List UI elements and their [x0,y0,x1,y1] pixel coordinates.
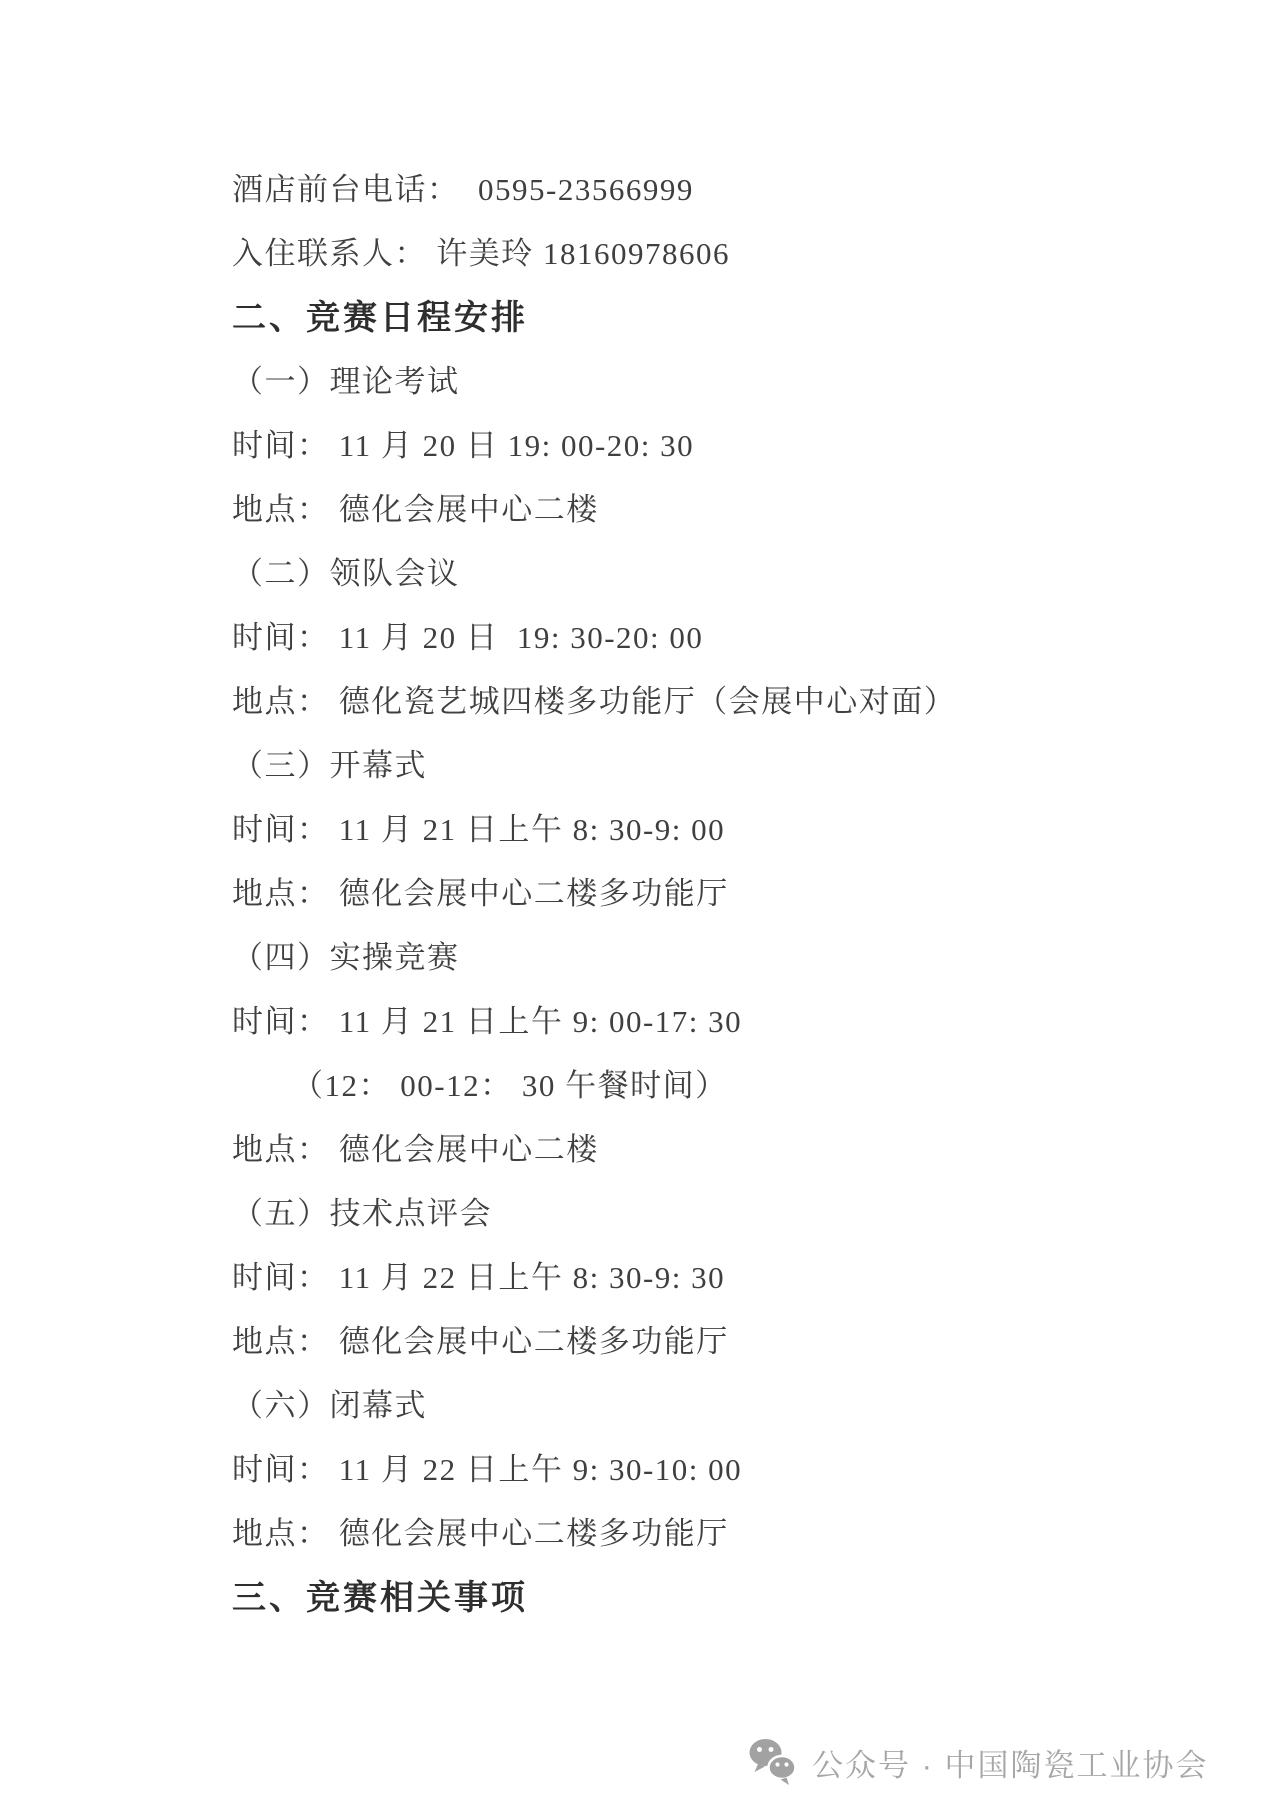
hotel-front-desk-phone-line: 酒店前台电话： 0595-23566999 [232,154,1220,218]
schedule-2-location: 地点： 德化瓷艺城四楼多功能厅（会展中心对面） [232,666,1220,730]
schedule-2-time: 时间： 11 月 20 日 19: 30-20: 00 [232,602,1220,666]
schedule-6-title: （六）闭幕式 [232,1370,1220,1434]
schedule-6-location: 地点： 德化会展中心二楼多功能厅 [232,1498,1220,1562]
footer-account-name: 公众号 · 中国陶瓷工业协会 [812,1740,1209,1785]
schedule-2-title: （二）领队会议 [232,538,1220,602]
document-page: 酒店前台电话： 0595-23566999入住联系人： 许美玲 18160978… [0,0,1280,1810]
wechat-icon [748,1737,798,1787]
section-2-heading: 二、竞赛日程安排 [232,282,1220,346]
schedule-5-title: （五）技术点评会 [232,1178,1220,1242]
schedule-1-title: （一）理论考试 [232,346,1220,410]
schedule-6-time: 时间： 11 月 22 日上午 9: 30-10: 00 [232,1434,1220,1498]
schedule-5-time: 时间： 11 月 22 日上午 8: 30-9: 30 [232,1242,1220,1306]
schedule-3-time: 时间： 11 月 21 日上午 8: 30-9: 00 [232,794,1220,858]
schedule-4-lunch-note: （12： 00-12： 30 午餐时间） [232,1050,1220,1114]
schedule-1-location: 地点： 德化会展中心二楼 [232,474,1220,538]
footer-watermark: 公众号 · 中国陶瓷工业协会 [748,1734,1209,1790]
section-3-heading: 三、竞赛相关事项 [232,1562,1220,1626]
schedule-1-time: 时间： 11 月 20 日 19: 00-20: 30 [232,410,1220,474]
schedule-5-location: 地点： 德化会展中心二楼多功能厅 [232,1306,1220,1370]
schedule-4-location: 地点： 德化会展中心二楼 [232,1114,1220,1178]
schedule-4-title: （四）实操竞赛 [232,922,1220,986]
checkin-contact-line: 入住联系人： 许美玲 18160978606 [232,218,1220,282]
schedule-4-time: 时间： 11 月 21 日上午 9: 00-17: 30 [232,986,1220,1050]
schedule-3-title: （三）开幕式 [232,730,1220,794]
schedule-3-location: 地点： 德化会展中心二楼多功能厅 [232,858,1220,922]
document-content: 酒店前台电话： 0595-23566999入住联系人： 许美玲 18160978… [232,154,1220,1626]
